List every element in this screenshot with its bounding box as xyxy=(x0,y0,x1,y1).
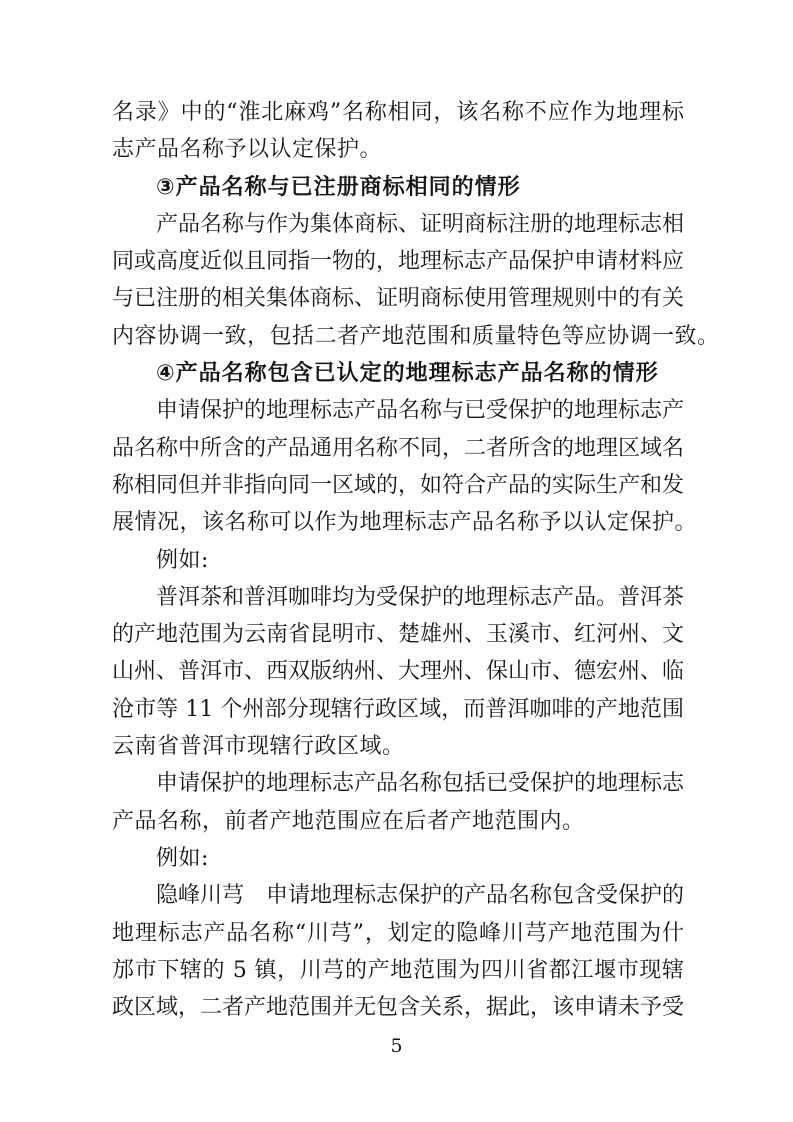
body-line: 展情况，该名称可以作为地理标志产品名称予以认定保护。 xyxy=(112,504,684,541)
body-line: 邡市下辖的 5 镇，川芎的产地范围为四川省都江堰市现辖行 xyxy=(112,952,684,989)
body-line: 山州、普洱市、西双版纳州、大理州、保山市、德宏州、临 xyxy=(112,653,684,690)
body-line: 品名称中所含的产品通用名称不同，二者所含的地理区域名 xyxy=(112,430,684,467)
body-line: 地理标志产品名称“川芎”，划定的隐峰川芎产地范围为什 xyxy=(112,915,684,952)
body-line: 隐峰川芎 申请地理标志保护的产品名称包含受保护的 xyxy=(112,877,684,914)
body-line: 申请保护的地理标志产品名称与已受保护的地理标志产 xyxy=(112,392,684,429)
body-line: 云南省普洱市现辖行政区域。 xyxy=(112,728,684,765)
text-block: 名录》中的“淮北麻鸡”名称相同，该名称不应作为地理标 志产品名称予以认定保护。 … xyxy=(112,94,684,1026)
body-line: 的产地范围为云南省昆明市、楚雄州、玉溪市、红河州、文 xyxy=(112,616,684,653)
body-line: 申请保护的地理标志产品名称包括已受保护的地理标志 xyxy=(112,765,684,802)
body-line: 普洱茶和普洱咖啡均为受保护的地理标志产品。普洱茶 xyxy=(112,579,684,616)
page-number: 5 xyxy=(0,1035,793,1057)
document-page: 名录》中的“淮北麻鸡”名称相同，该名称不应作为地理标 志产品名称予以认定保护。 … xyxy=(0,0,793,1122)
body-line: 沧市等 11 个州部分现辖行政区域，而普洱咖啡的产地范围为 xyxy=(112,691,684,728)
section-heading-3: ③产品名称与已注册商标相同的情形 xyxy=(112,169,684,206)
body-line: 内容协调一致，包括二者产地范围和质量特色等应协调一致。 xyxy=(112,318,684,355)
body-line: 称相同但并非指向同一区域的，如符合产品的实际生产和发 xyxy=(112,467,684,504)
body-line: 与已注册的相关集体商标、证明商标使用管理规则中的有关 xyxy=(112,280,684,317)
body-line: 产品名称，前者产地范围应在后者产地范围内。 xyxy=(112,803,684,840)
example-label: 例如: xyxy=(112,840,684,877)
body-line: 志产品名称予以认定保护。 xyxy=(112,131,684,168)
body-line: 名录》中的“淮北麻鸡”名称相同，该名称不应作为地理标 xyxy=(112,94,684,131)
section-heading-4: ④产品名称包含已认定的地理标志产品名称的情形 xyxy=(112,355,684,392)
body-line: 产品名称与作为集体商标、证明商标注册的地理标志相 xyxy=(112,206,684,243)
body-line: 同或高度近似且同指一物的，地理标志产品保护申请材料应 xyxy=(112,243,684,280)
example-label: 例如: xyxy=(112,542,684,579)
body-line: 政区域，二者产地范围并无包含关系，据此，该申请未予受 xyxy=(112,989,684,1026)
